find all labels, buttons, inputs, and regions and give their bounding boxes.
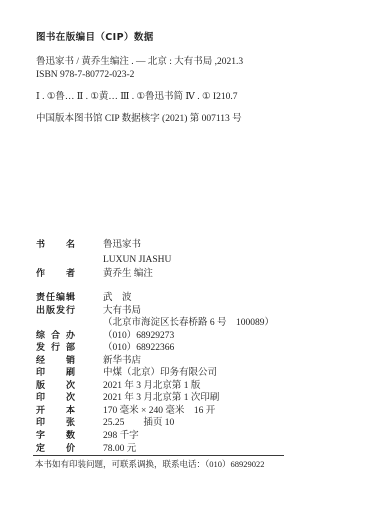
field-label-title: 书 名 <box>36 238 75 253</box>
field-label-distributor: 经 销 <box>36 355 75 368</box>
row-printer: 印 刷 中煤（北京）印务有限公司 <box>36 367 355 380</box>
field-value-author: 黄乔生 编注 <box>103 267 153 282</box>
field-value-title: 鲁迅家书 <box>103 238 141 253</box>
cip-isbn-line: ISBN 978-7-80772-023-2 <box>36 69 355 82</box>
field-label-publisher: 出版发行 <box>36 305 75 318</box>
row-distribution-dept: 发 行 部 （010）68922366 <box>36 342 355 355</box>
field-label-editor: 责任编辑 <box>36 292 75 305</box>
book-title-pinyin-row: LUXUN JIASHU <box>36 253 355 268</box>
row-publisher: 出版发行 大有书局 <box>36 305 355 318</box>
field-label-word-count: 字 数 <box>36 430 75 443</box>
footer-block: 本书如有印装问题，可联系调换，联系电话：（010）68929022 <box>33 455 284 470</box>
cip-classification-line: Ⅰ . ①鲁… Ⅱ . ①黄… Ⅲ . ①鲁迅书简 Ⅳ . ① I210.7 <box>36 91 355 104</box>
book-info-block: 书 名 鲁迅家书 LUXUN JIASHU 作 者 黄乔生 编注 <box>36 238 355 282</box>
field-value-general-office: （010）68929273 <box>103 330 174 343</box>
binding-problem-note: 本书如有印装问题，可联系调换，联系电话：（010）68929022 <box>33 456 284 470</box>
row-editor: 责任编辑 武 波 <box>36 292 355 305</box>
field-label-impression: 印 次 <box>36 392 75 405</box>
row-sheets: 印 张 25.25 插页 10 <box>36 417 355 430</box>
field-value-title-pinyin: LUXUN JIASHU <box>103 253 171 268</box>
row-impression: 印 次 2021 年 3 月北京第 1 次印刷 <box>36 392 355 405</box>
field-value-impression: 2021 年 3 月北京第 1 次印刷 <box>103 392 219 405</box>
field-label-price: 定 价 <box>36 443 75 456</box>
field-label-format: 开 本 <box>36 405 75 418</box>
cip-title: 图书在版编目（CIP）数据 <box>36 31 355 44</box>
field-label-general-office: 综 合 办 <box>36 330 75 343</box>
field-value-distributor: 新华书店 <box>103 355 141 368</box>
row-format: 开 本 170 毫米 × 240 毫米 16 开 <box>36 405 355 418</box>
field-label-sheets: 印 张 <box>36 417 75 430</box>
field-value-format: 170 毫米 × 240 毫米 16 开 <box>103 405 215 418</box>
cip-entry-line: 鲁迅家书 / 黄乔生编注 . — 北京 : 大有书局 ,2021.3 <box>36 56 355 69</box>
book-author-row: 作 者 黄乔生 编注 <box>36 267 355 282</box>
field-value-printer: 中煤（北京）印务有限公司 <box>103 367 217 380</box>
field-label-printer: 印 刷 <box>36 367 75 380</box>
cip-block: 图书在版编目（CIP）数据 鲁迅家书 / 黄乔生编注 . — 北京 : 大有书局… <box>36 31 355 126</box>
field-value-editor: 武 波 <box>103 292 132 305</box>
row-edition: 版 次 2021 年 3 月北京第 1 版 <box>36 380 355 393</box>
field-label-empty <box>36 317 75 330</box>
field-value-distribution-dept: （010）68922366 <box>103 342 174 355</box>
row-word-count: 字 数 298 千字 <box>36 430 355 443</box>
field-value-edition: 2021 年 3 月北京第 1 版 <box>103 380 200 393</box>
field-value-word-count: 298 千字 <box>103 430 139 443</box>
field-value-publisher: 大有书局 <box>103 305 141 318</box>
field-label-author: 作 者 <box>36 267 75 282</box>
cip-record-line: 中国版本图书馆 CIP 数据核字 (2021) 第 007113 号 <box>36 113 355 126</box>
field-value-sheets: 25.25 插页 10 <box>103 417 174 430</box>
field-label-edition: 版 次 <box>36 380 75 393</box>
field-label-empty <box>36 253 75 268</box>
row-publisher-address: （北京市海淀区长春桥路 6 号 100089） <box>36 317 355 330</box>
field-label-distribution-dept: 发 行 部 <box>36 342 75 355</box>
row-general-office: 综 合 办 （010）68929273 <box>36 330 355 343</box>
row-price: 定 价 78.00 元 <box>36 443 355 456</box>
row-distributor: 经 销 新华书店 <box>36 355 355 368</box>
publication-info-block: 责任编辑 武 波 出版发行 大有书局 （北京市海淀区长春桥路 6 号 10008… <box>36 292 355 455</box>
copyright-page: 图书在版编目（CIP）数据 鲁迅家书 / 黄乔生编注 . — 北京 : 大有书局… <box>0 0 375 513</box>
field-value-publisher-address: （北京市海淀区长春桥路 6 号 100089） <box>103 317 274 330</box>
book-title-row: 书 名 鲁迅家书 <box>36 238 355 253</box>
field-value-price: 78.00 元 <box>103 443 136 456</box>
